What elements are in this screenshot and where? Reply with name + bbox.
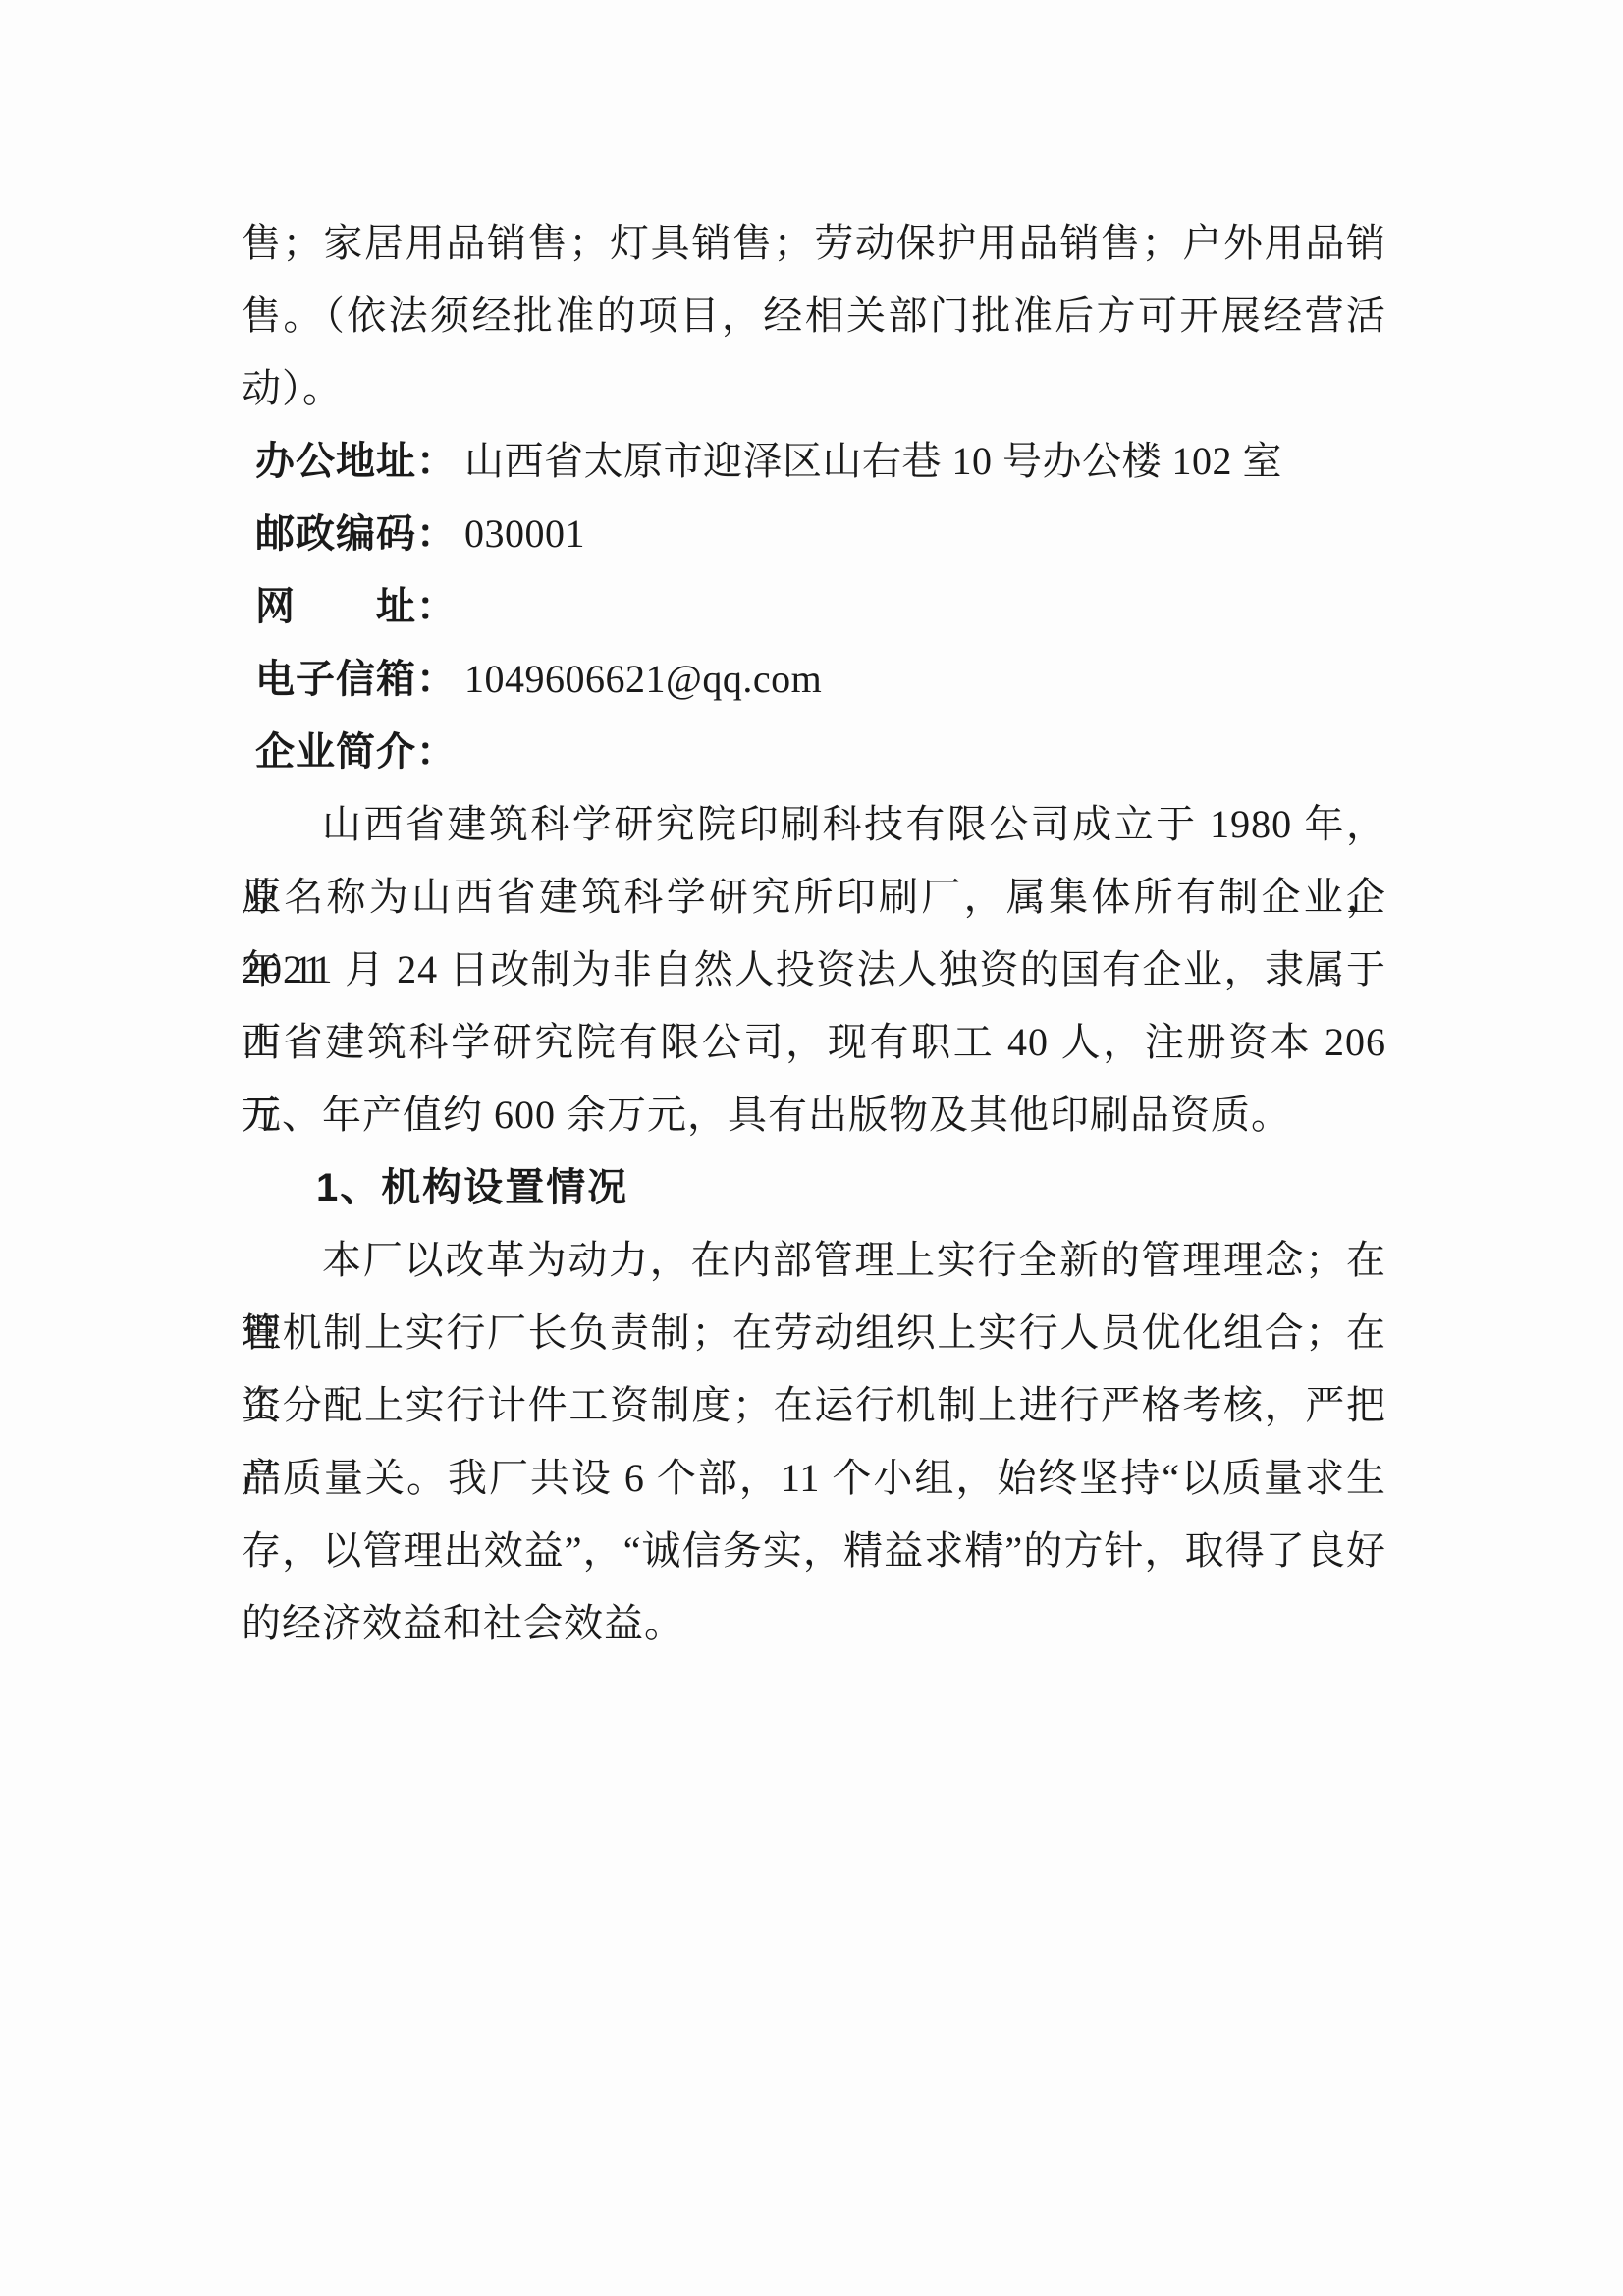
- company-profile-line: 业名称为山西省建筑科学研究所印刷厂，属集体所有制企业，2021: [242, 861, 1386, 934]
- document-content: 售；家居用品销售；灯具销售；劳动保护用品销售；户外用品销 售。（依法须经批准的项…: [242, 207, 1386, 1660]
- section-heading: 1、机构设置情况: [242, 1151, 1386, 1224]
- management-line: 资分配上实行计件工资制度；在运行机制上进行严格考核，严把产: [242, 1369, 1386, 1442]
- field-value: 1049606621@qq.com: [464, 657, 822, 701]
- field-label: 网 址：: [255, 584, 457, 628]
- field-label: 企业简介：: [255, 729, 457, 774]
- business-scope-line: 售。（依法须经批准的项目，经相关部门批准后方可开展经营活: [242, 280, 1386, 352]
- company-profile-line: 年 11 月 24 日改制为非自然人投资法人独资的国有企业，隶属于山: [242, 934, 1386, 1006]
- company-profile-line: 西省建筑科学研究院有限公司，现有职工 40 人，注册资本 206 万: [242, 1006, 1386, 1079]
- management-line: 存，以管理出效益”，“诚信务实，精益求精”的方针，取得了良好: [242, 1515, 1386, 1587]
- field-row-website: 网 址：: [242, 570, 1386, 643]
- management-line: 理机制上实行厂长负责制；在劳动组织上实行人员优化组合；在工: [242, 1297, 1386, 1369]
- company-profile-line: 元、年产值约 600 余万元，具有出版物及其他印刷品资质。: [242, 1079, 1386, 1151]
- scanned-document-page: 售；家居用品销售；灯具销售；劳动保护用品销售；户外用品销 售。（依法须经批准的项…: [0, 0, 1623, 2296]
- field-label: 邮政编码：: [255, 511, 457, 556]
- business-scope-line: 售；家居用品销售；灯具销售；劳动保护用品销售；户外用品销: [242, 207, 1386, 280]
- field-label: 电子信箱：: [255, 657, 457, 701]
- management-line: 的经济效益和社会效益。: [242, 1587, 1386, 1660]
- management-line: 品质量关。我厂共设 6 个部，11 个小组，始终坚持“以质量求生: [242, 1442, 1386, 1515]
- field-row-company-profile: 企业简介：: [242, 716, 1386, 788]
- field-row-postal-code: 邮政编码：030001: [242, 498, 1386, 570]
- management-line: 本厂以改革为动力，在内部管理上实行全新的管理理念；在管: [242, 1224, 1386, 1297]
- field-value: 030001: [464, 511, 585, 556]
- field-label: 办公地址：: [255, 439, 457, 483]
- field-value: 山西省太原市迎泽区山右巷 10 号办公楼 102 室: [464, 439, 1282, 483]
- field-row-office-address: 办公地址：山西省太原市迎泽区山右巷 10 号办公楼 102 室: [242, 425, 1386, 498]
- company-profile-line: 山西省建筑科学研究院印刷科技有限公司成立于 1980 年，原企: [242, 788, 1386, 861]
- business-scope-line: 动）。: [242, 352, 1386, 425]
- field-row-email: 电子信箱：1049606621@qq.com: [242, 643, 1386, 716]
